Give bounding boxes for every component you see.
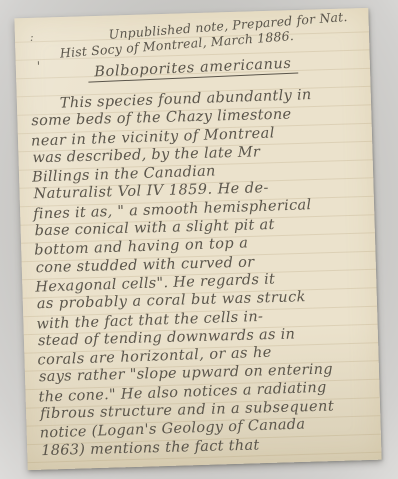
species-title-text: Bolboporites americanus — [88, 56, 298, 83]
note-header: Unpublished note, Prepared for Nat. Hist… — [44, 8, 363, 62]
margin-mark: : — [30, 31, 34, 44]
manuscript-body: This species found abundantly in some be… — [30, 85, 378, 461]
manuscript-page: : ' Unpublished note, Prepared for Nat. … — [14, 8, 381, 470]
manuscript-content: : ' Unpublished note, Prepared for Nat. … — [14, 8, 381, 470]
